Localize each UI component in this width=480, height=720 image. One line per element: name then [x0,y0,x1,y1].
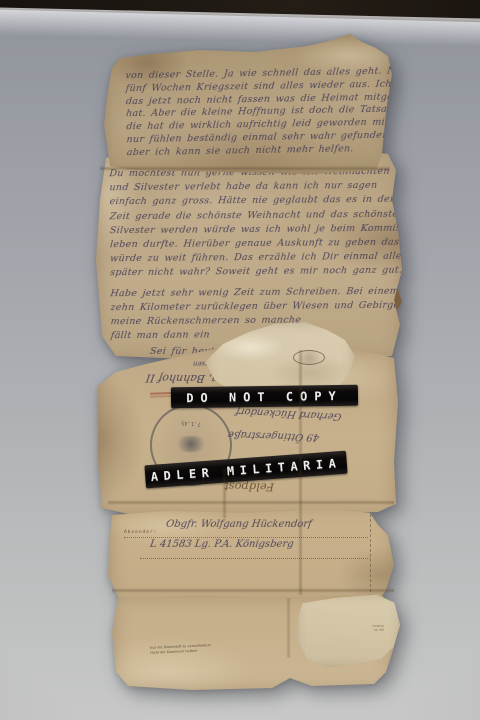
postmark-date: 7.1.45 [170,419,212,428]
eagle-emblem-icon [175,436,207,452]
handwriting-line: später nicht wahr? Soweit geht es mir no… [109,264,400,281]
handwriting-block-top: von dieser Stelle. Ja wie schnell das al… [125,66,387,160]
fine-print-instructions: Nur mit Klebestoff zu verschließen! Nich… [150,640,280,655]
small-oval-stamp [293,350,325,365]
recipient-name-handwriting: Gerhard Hückendorf [235,405,343,421]
sender-unit-handwriting: L 41583 Lg. P.A. Königsberg [149,539,294,550]
fold-perforation-line [370,509,371,597]
letter-top-panel: von dieser Stelle. Ja wie schnell das al… [104,34,392,174]
sender-name-handwriting: Obgfr. Wolfgang Hückendorf [165,519,312,530]
handwriting-block-middle: Du möchtest nun gerne wissen wie ich Wei… [109,165,401,344]
corner-print-line: Nr. 401 [332,628,384,633]
sender-printed-label: Absender: [124,530,157,535]
dotted-rule [140,557,370,559]
feldpost-letter: Du möchtest nun gerne wissen wie ich Wei… [0,0,480,720]
letter-middle-panel: Du möchtest nun gerne wissen wie ich Wei… [96,140,402,362]
recipient-street-handwriting: 49 Öttingerstraße [227,428,320,442]
corner-fine-print: Vordruck Nr. 401 [332,624,384,633]
do-not-copy-tape-label: DO NOT COPY [171,385,358,409]
dotted-rule [124,536,368,538]
sender-panel: Absender: Obgfr. Wolfgang Hückendorf L 4… [108,505,394,605]
photo-scene: Du möchtest nun gerne wissen wie ich Wei… [0,0,480,720]
